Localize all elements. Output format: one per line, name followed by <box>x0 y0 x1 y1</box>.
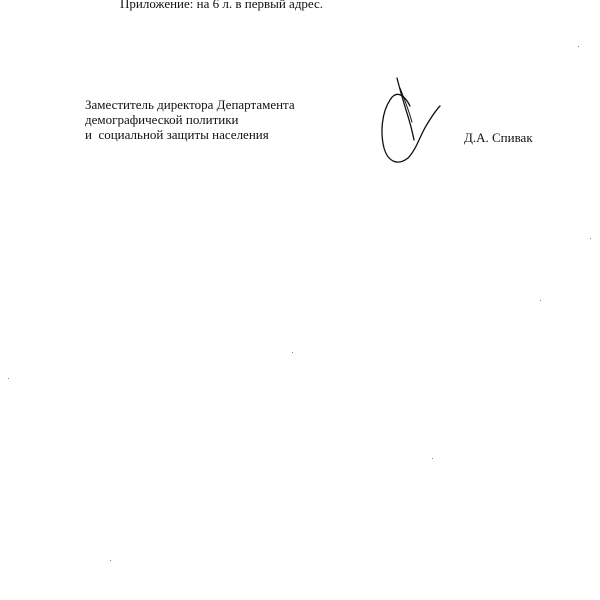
signatory-title: Заместитель директора Департамента демог… <box>85 97 295 142</box>
scan-speck <box>432 458 433 459</box>
scan-speck <box>540 300 541 301</box>
signer-name: Д.А. Спивак <box>464 130 533 146</box>
scan-speck <box>110 560 111 561</box>
signatory-title-line: Заместитель директора Департамента <box>85 97 295 112</box>
signatory-title-line: и социальной защиты населения <box>85 127 295 142</box>
scan-speck <box>292 352 293 353</box>
scan-speck <box>590 238 591 239</box>
attachment-line: Приложение: на 6 л. в первый адрес. <box>120 0 323 12</box>
signatory-title-line: демографической политики <box>85 112 295 127</box>
scan-speck <box>578 46 579 47</box>
scan-speck <box>8 378 9 379</box>
handwritten-signature <box>370 70 450 170</box>
